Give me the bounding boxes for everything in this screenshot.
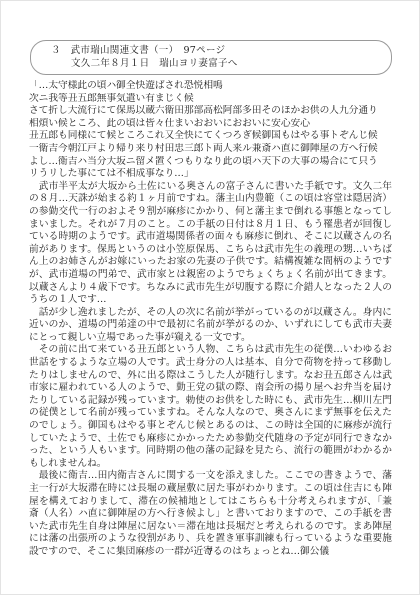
commentary-paragraph: 武市半平太が大坂から土佐にいる奥さんの富子さんに書いた手紙です。文久二年の８月…… [29,181,392,307]
quote-line: 一衛吉今朝江戸より帰り来り村田忠三郎ト両人来ル兼斎ハ直に御陣屋の方へ行候 [29,143,392,156]
commentary-paragraph: 最後に衛吉…田内衛吉さんに関する一文を添えました。ここでの書きようで、藩主一行が… [29,470,392,558]
quote-line: よし…衛吉ハ当分大坂ニ留メ置くつもりなり此の頃ハ天下の大事の場合にて只う [29,156,392,169]
reference-date: 文久二年８月１日 瑞山ヨリ妻富子へ [51,57,381,70]
quote-line: リうリした事にては不相成事なり…」 [29,168,392,181]
reference-box: ３ 武市瑞山関連文書（一） 97ページ 文久二年８月１日 瑞山ヨリ妻富子へ [30,40,392,75]
body-text: 「…太守様此の頃ハ御全快遊ばされ恐悦相鳴 次ニ我等丑五郎無事気遣い有まじく候 さ… [29,80,392,559]
quote-line: 丑五郎も同様にて候ところこれ又全快にてくつろぎ候御国もはやる事トぞんじ候 [29,130,392,143]
reference-title: ３ 武市瑞山関連文書（一） 97ページ [51,44,381,57]
document-page: ３ 武市瑞山関連文書（一） 97ページ 文久二年８月１日 瑞山ヨリ妻富子へ 「…… [0,0,420,595]
quote-line: さて折し大流行にて保馬以蔵六衛田那部高松阿部多田そのほかお供の人九分通り [29,105,392,118]
quote-line: 次ニ我等丑五郎無事気遣い有まじく候 [29,93,392,106]
commentary-paragraph: その前に出て来ている丑五郎という人物、こちらは武市先生の従僕…いわゆるお世話をす… [29,344,392,470]
letter-quote: 「…太守様此の頃ハ御全快遊ばされ恐悦相鳴 次ニ我等丑五郎無事気遣い有まじく候 さ… [29,80,392,181]
quote-line: 相煩い候ところ、此の頃は皆々仕まいおおいにおおいに安心安心 [29,118,392,131]
commentary-paragraph: 話が少し逸れましたが、その人の次に名前が挙がっているのが以蔵さん。身内に近いのか… [29,307,392,345]
page-number: 7 [1,548,419,558]
quote-line: 「…太守様此の頃ハ御全快遊ばされ恐悦相鳴 [29,80,392,93]
